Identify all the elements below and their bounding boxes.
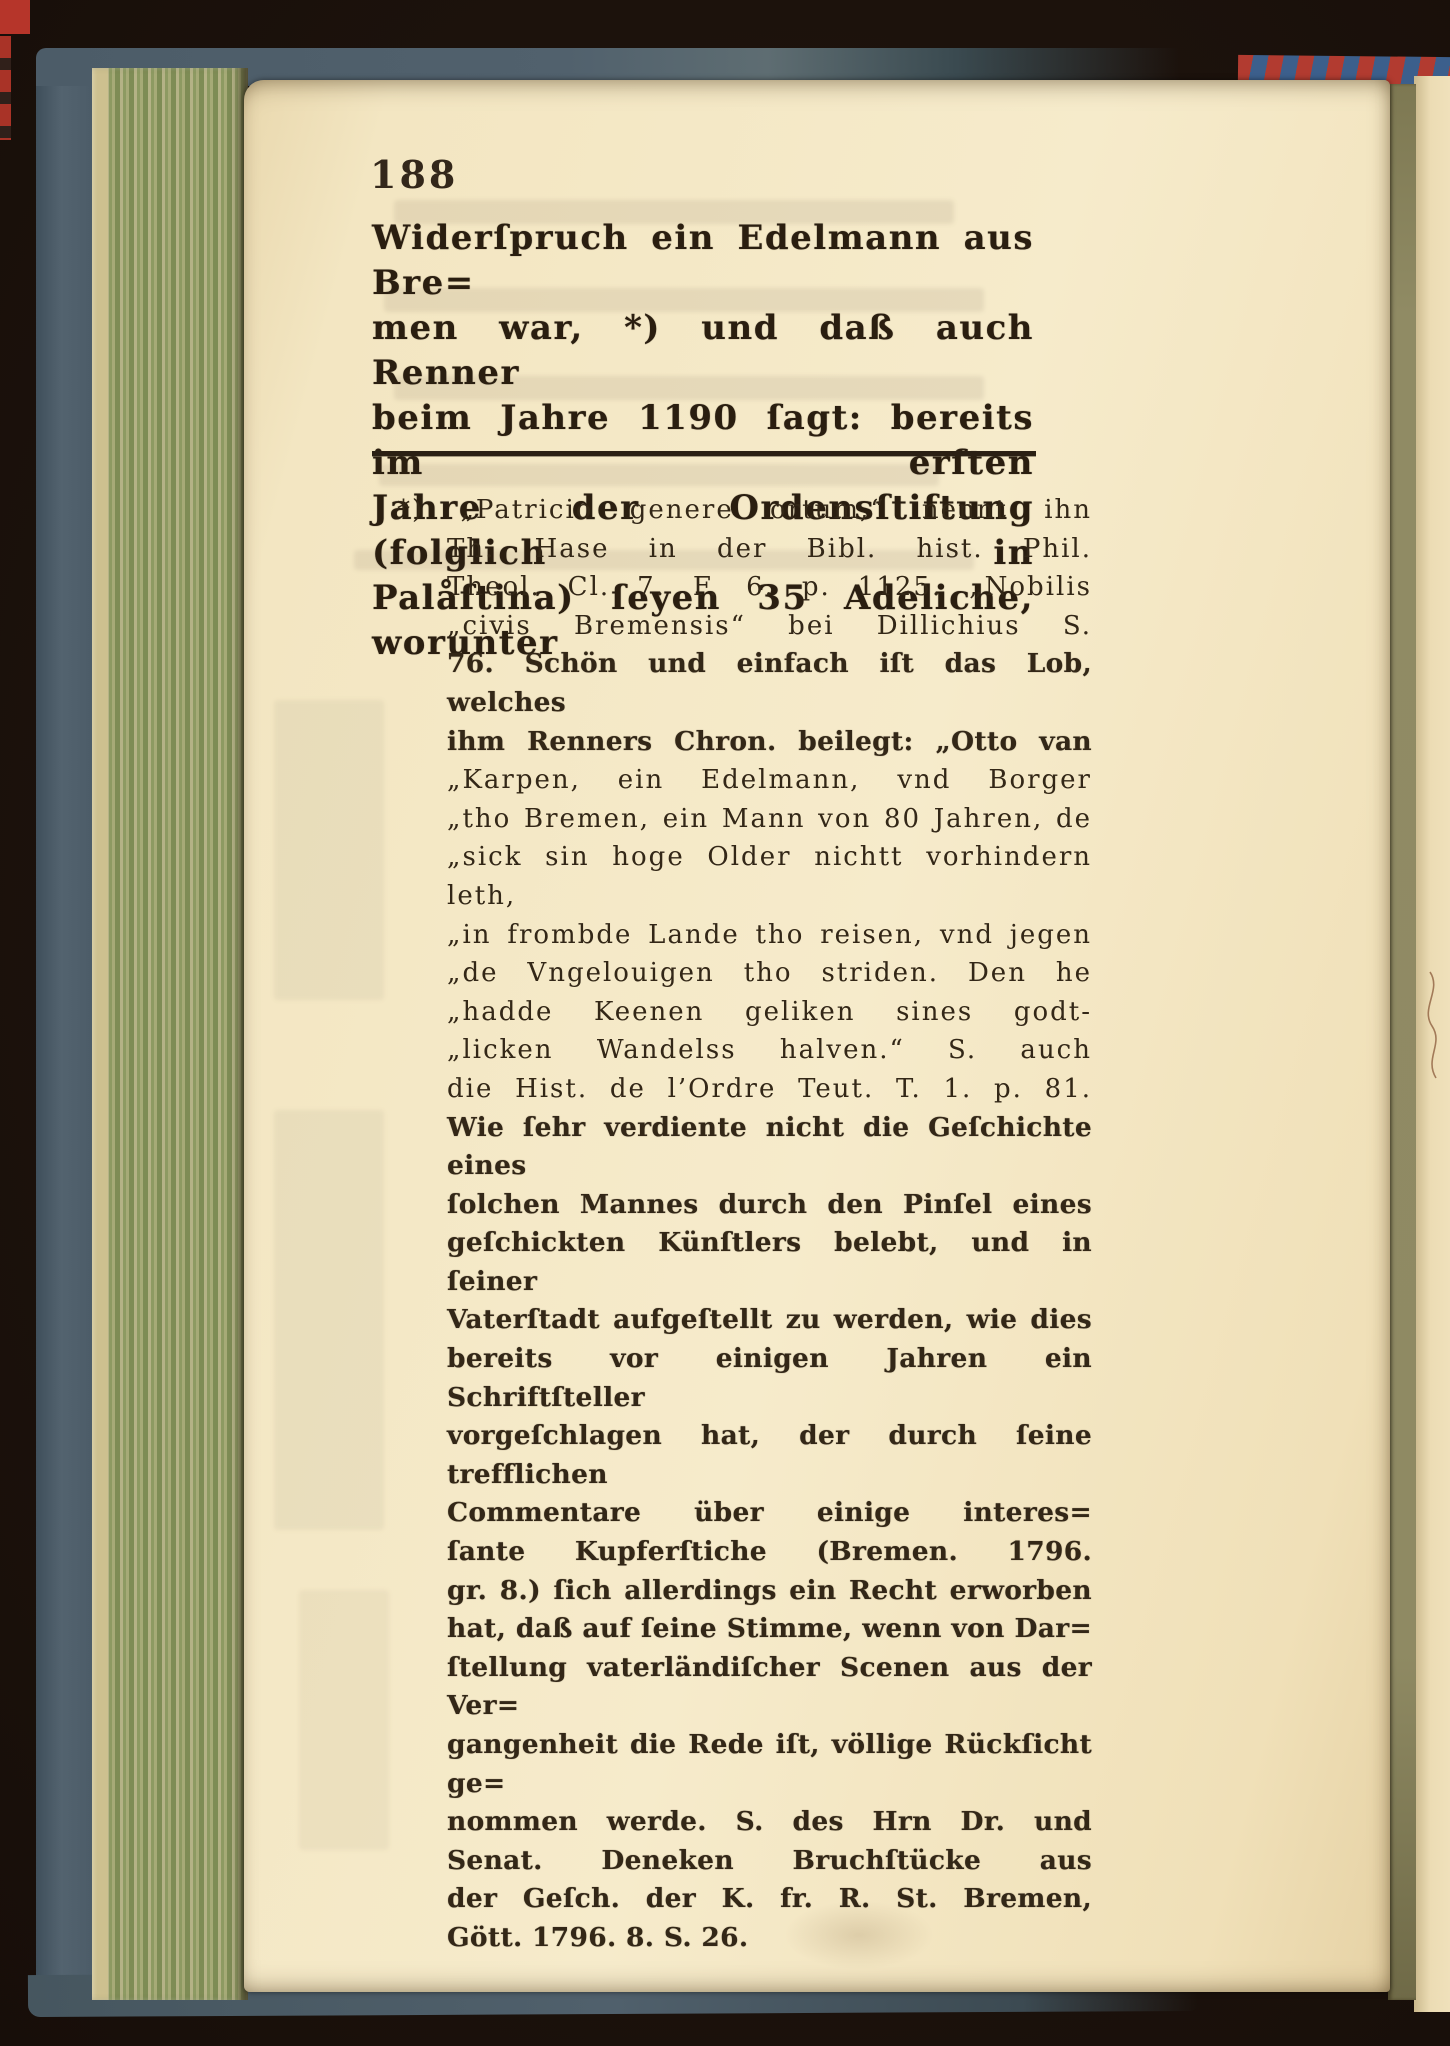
text-line: 76. Schön und einfach iſt das Lob, welch… [447, 645, 1092, 722]
scan-edge-red-stripes [0, 36, 11, 140]
text-line: *) „Patricio genere ortum,“ nennt ihn [397, 491, 1092, 530]
text-line: ſtellung vaterländiſcher Scenen aus der … [447, 1649, 1092, 1726]
text-line: gangenheit die Rede iſt, völlige Rückſic… [447, 1726, 1092, 1803]
text-line: Widerſpruch ein Edelmann aus Bre= [372, 216, 1034, 306]
book-cover-left-board [36, 52, 100, 2008]
text-line: ſante Kupferſtiche (Bremen. 1796. [447, 1533, 1092, 1572]
text-line: „licken Wandelss halven.“ S. auch [447, 1031, 1092, 1070]
scanned-book-photo: 188 Widerſpruch ein Edelmann aus Bre=men… [0, 0, 1450, 2046]
text-line: Senat. Deneken Bruchſtücke aus [447, 1842, 1092, 1881]
show-through [274, 700, 384, 1000]
text-line: gr. 8.) ſich allerdings ein Recht erworb… [447, 1572, 1092, 1611]
text-line: hat, daß auf ſeine Stimme, wenn von Dar= [447, 1610, 1092, 1649]
text-line: „de Vngelouigen tho striden. Den he [447, 954, 1092, 993]
show-through [299, 1590, 389, 1850]
text-line: ſolchen Mannes durch den Pinſel eines [447, 1186, 1092, 1225]
hair-fiber [1412, 970, 1450, 1080]
text-line: bereits vor einigen Jahren ein Schriftſt… [447, 1340, 1092, 1417]
text-line: men war, *) und daß auch Renner [372, 306, 1034, 396]
page-block-fore-edge [92, 68, 248, 2000]
text-line: „Karpen, ein Edelmann, vnd Borger [447, 761, 1092, 800]
text-line: „hadde Keenen geliken sines godt- [447, 993, 1092, 1032]
scan-edge-red-mark [0, 0, 30, 34]
text-line: beim Jahre 1190 ſagt: bereits im erſten [372, 396, 1034, 486]
text-line: Th. Hase in der Bibl. hist. Phil. [447, 530, 1092, 569]
text-line: die Hist. de l’Ordre Teut. T. 1. p. 81. [447, 1070, 1092, 1109]
text-line: „in frombde Lande tho reisen, vnd jegen [447, 916, 1092, 955]
text-line: „sick sin hoge Older nichtt vorhindern l… [447, 838, 1092, 915]
book-page: 188 Widerſpruch ein Edelmann aus Bre=men… [244, 80, 1390, 1992]
text-line: der Geſch. der K. fr. R. St. Bremen, [447, 1880, 1092, 1919]
footnote-block: *) „Patricio genere ortum,“ nennt ihnTh.… [397, 491, 1092, 1958]
text-line: „civis Bremensis“ bei Dillichius S. [447, 607, 1092, 646]
text-line: Gött. 1796. 8. S. 26. [447, 1919, 1092, 1958]
text-line: Vaterſtadt aufgeſtellt zu werden, wie di… [447, 1301, 1092, 1340]
text-line: geſchickten Künſtlers belebt, und in ſei… [447, 1224, 1092, 1301]
text-line: vorgeſchlagen hat, der durch ſeine treff… [447, 1417, 1092, 1494]
text-line: Theol. Cl. 7. F. 6. p. 1125. „Nobilis [447, 568, 1092, 607]
footnote-separator-rule [372, 451, 1036, 456]
text-line: ihm Renners Chron. beilegt: „Otto van [447, 723, 1092, 762]
text-line: Commentare über einige interes= [447, 1494, 1092, 1533]
text-line: nommen werde. S. des Hrn Dr. und [447, 1803, 1092, 1842]
text-line: „tho Bremen, ein Mann von 80 Jahren, de [447, 800, 1092, 839]
page-number: 188 [370, 152, 458, 197]
text-line: Wie ſehr verdiente nicht die Geſchichte … [447, 1109, 1092, 1186]
show-through [274, 1110, 384, 1530]
